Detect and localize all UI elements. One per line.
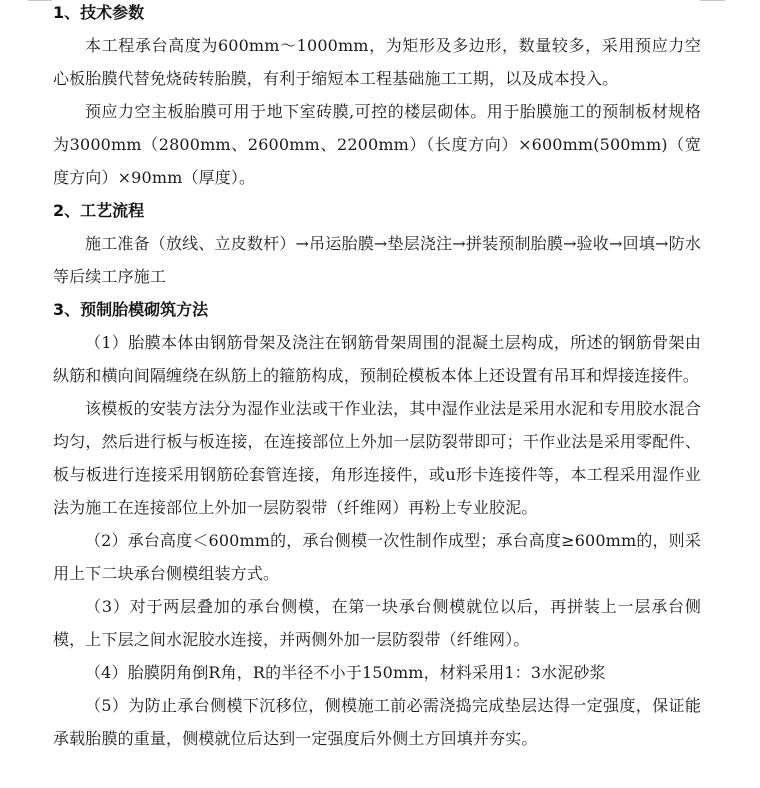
section-heading-process-flow: 2、工艺流程 (53, 194, 701, 227)
document-body: 1、技术参数 本工程承台高度为600mm～1000mm，为矩形及多边形，数量较多… (53, 0, 701, 755)
paragraph-installation-method: 该模板的安装方法分为湿作业法或干作业法，其中湿作业法是采用水泥和专用胶水混合均匀… (53, 392, 701, 524)
section-heading-masonry-method: 3、预制胎模砌筑方法 (53, 293, 701, 326)
section-heading-technical-parameters: 1、技术参数 (53, 0, 701, 29)
crop-mark-right (700, 0, 725, 1)
paragraph-method-item-3: （3）对于两层叠加的承台侧模，在第一块承台侧模就位以后，再拼装上一层承台侧模，上… (53, 590, 701, 656)
paragraph-method-item-1: （1）胎膜本体由钢筋骨架及浇注在钢筋骨架周围的混凝土层构成，所述的钢筋骨架由纵筋… (53, 326, 701, 392)
paragraph-slab-specification: 预应力空主板胎膜可用于地下室砖膜,可控的楼层砌体。用于胎膜施工的预制板材规格为3… (53, 95, 701, 194)
paragraph-process-steps: 施工准备（放线、立皮数杆）→吊运胎膜→垫层浇注→拼装预制胎膜→验收→回填→防水等… (53, 227, 701, 293)
paragraph-method-item-5: （5）为防止承台侧模下沉移位，侧模施工前必需浇捣完成垫层达得一定强度，保证能承载… (53, 689, 701, 755)
paragraph-project-overview: 本工程承台高度为600mm～1000mm，为矩形及多边形，数量较多，采用预应力空… (53, 29, 701, 95)
crop-mark-left (28, 0, 52, 1)
paragraph-method-item-2: （2）承台高度＜600mm的，承台侧模一次性制作成型；承台高度≥600mm的，则… (53, 524, 701, 590)
paragraph-method-item-4: （4）胎膜阴角倒R角，R的半径不小于150mm，材料采用1：3水泥砂浆 (53, 656, 701, 689)
